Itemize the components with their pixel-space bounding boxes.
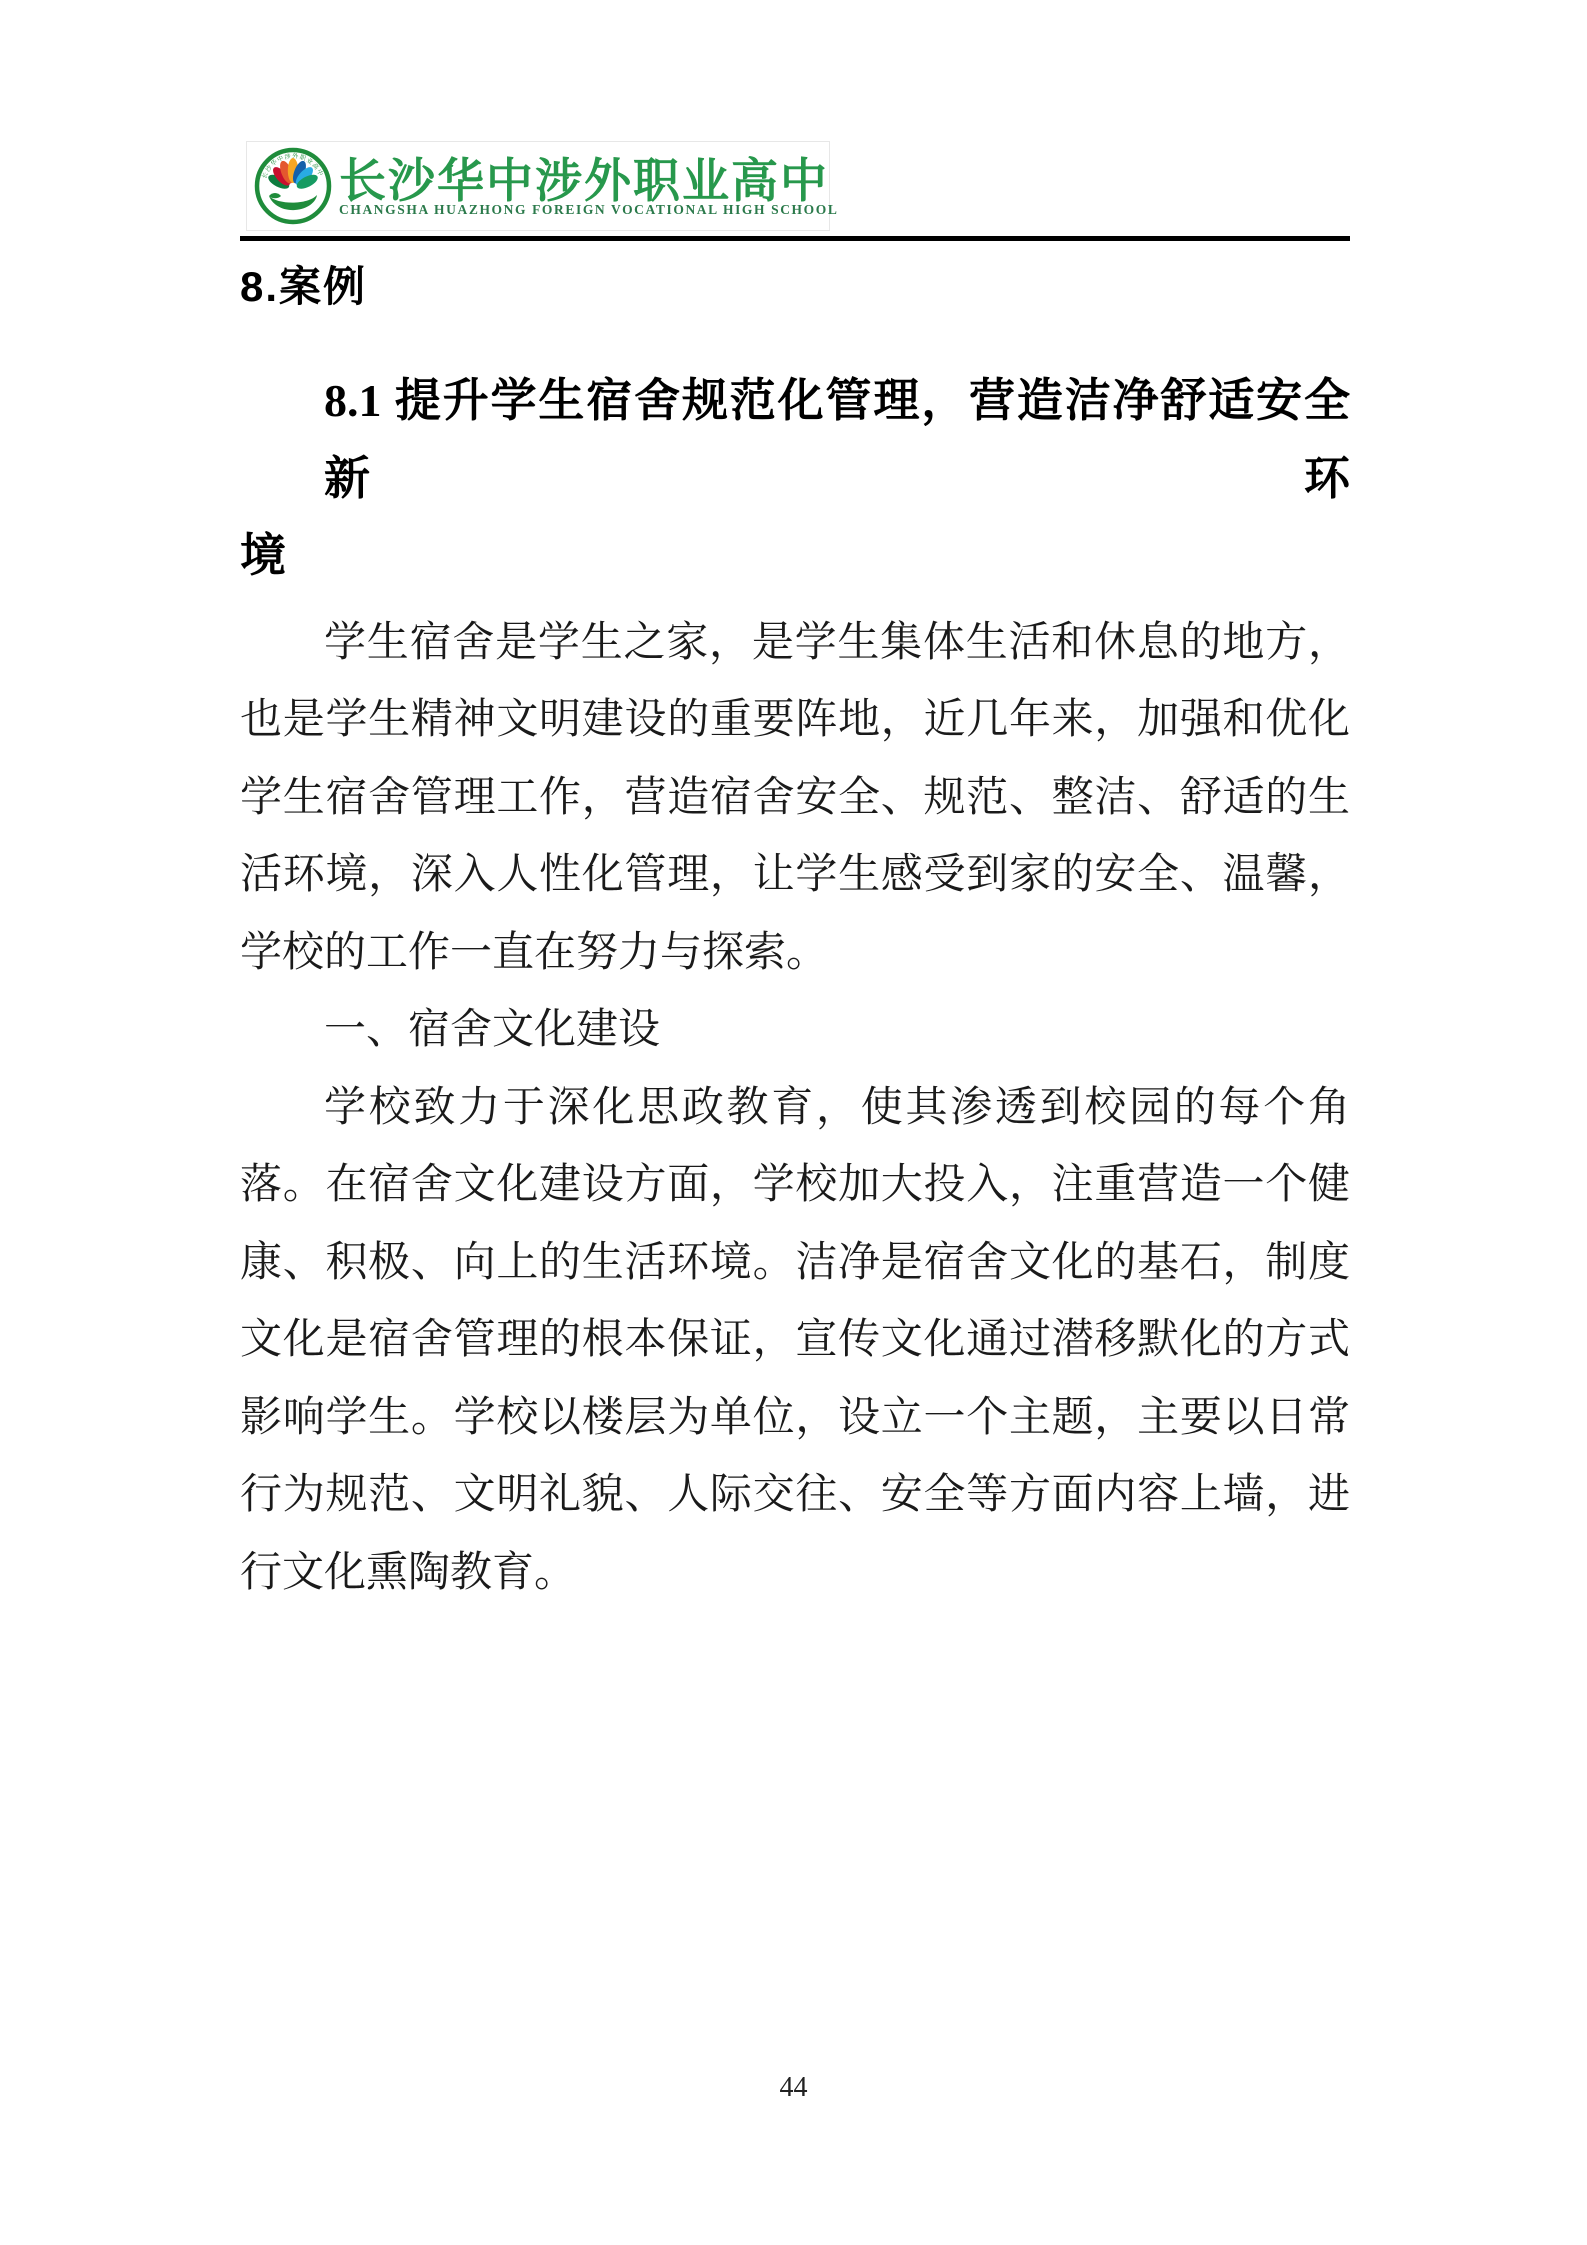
school-name-zh: 长沙华中涉外职业高中 xyxy=(339,144,827,211)
body-text-line: 行文化熏陶教育。 xyxy=(240,1535,1350,1613)
school-logo-banner: 长沙华中涉外职业高中 长沙华中涉外职业高中 CHANGSHA HUAZHONG … xyxy=(247,142,829,230)
document-page: 长沙华中涉外职业高中 长沙华中涉外职业高中 CHANGSHA HUAZHONG … xyxy=(0,0,1587,2245)
body-text-line: 文化是宿舍管理的根本保证，宣传文化通过潜移默化的方式 xyxy=(240,1302,1350,1380)
body-text-line: 康、积极、向上的生活环境。洁净是宿舍文化的基石，制度 xyxy=(240,1225,1350,1303)
body-text-line: 学生宿舍管理工作，营造宿舍安全、规范、整洁、舒适的生 xyxy=(240,760,1350,838)
header-divider-rule xyxy=(240,236,1350,241)
body-text-line: 一、宿舍文化建设 xyxy=(240,992,1350,1070)
body-text-line: 行为规范、文明礼貌、人际交往、安全等方面内容上墙，进 xyxy=(240,1457,1350,1535)
school-emblem-icon: 长沙华中涉外职业高中 xyxy=(252,144,334,228)
document-body: 8.1 提升学生宿舍规范化管理，营造洁净舒适安全新环境学生宿舍是学生之家，是学生… xyxy=(240,362,1350,1612)
body-text-line: 学生宿舍是学生之家，是学生集体生活和休息的地方， xyxy=(240,605,1350,683)
body-text-line: 影响学生。学校以楼层为单位，设立一个主题，主要以日常 xyxy=(240,1380,1350,1458)
body-text-line: 学校致力于深化思政教育，使其渗透到校园的每个角 xyxy=(240,1070,1350,1148)
section-title: 8.案例 xyxy=(240,254,367,314)
body-text-line: 活环境，深入人性化管理，让学生感受到家的安全、温馨， xyxy=(240,837,1350,915)
page-number: 44 xyxy=(0,2072,1587,2104)
body-text-line: 学校的工作一直在努力与探索。 xyxy=(240,915,1350,993)
body-text-line: 落。在宿舍文化建设方面，学校加大投入，注重营造一个健 xyxy=(240,1147,1350,1225)
subsection-heading-line: 8.1 提升学生宿舍规范化管理，营造洁净舒适安全新环 xyxy=(240,362,1350,517)
subsection-heading-line: 境 xyxy=(240,517,1350,595)
school-name-en: CHANGSHA HUAZHONG FOREIGN VOCATIONAL HIG… xyxy=(339,202,831,218)
body-text-line: 也是学生精神文明建设的重要阵地，近几年来，加强和优化 xyxy=(240,682,1350,760)
